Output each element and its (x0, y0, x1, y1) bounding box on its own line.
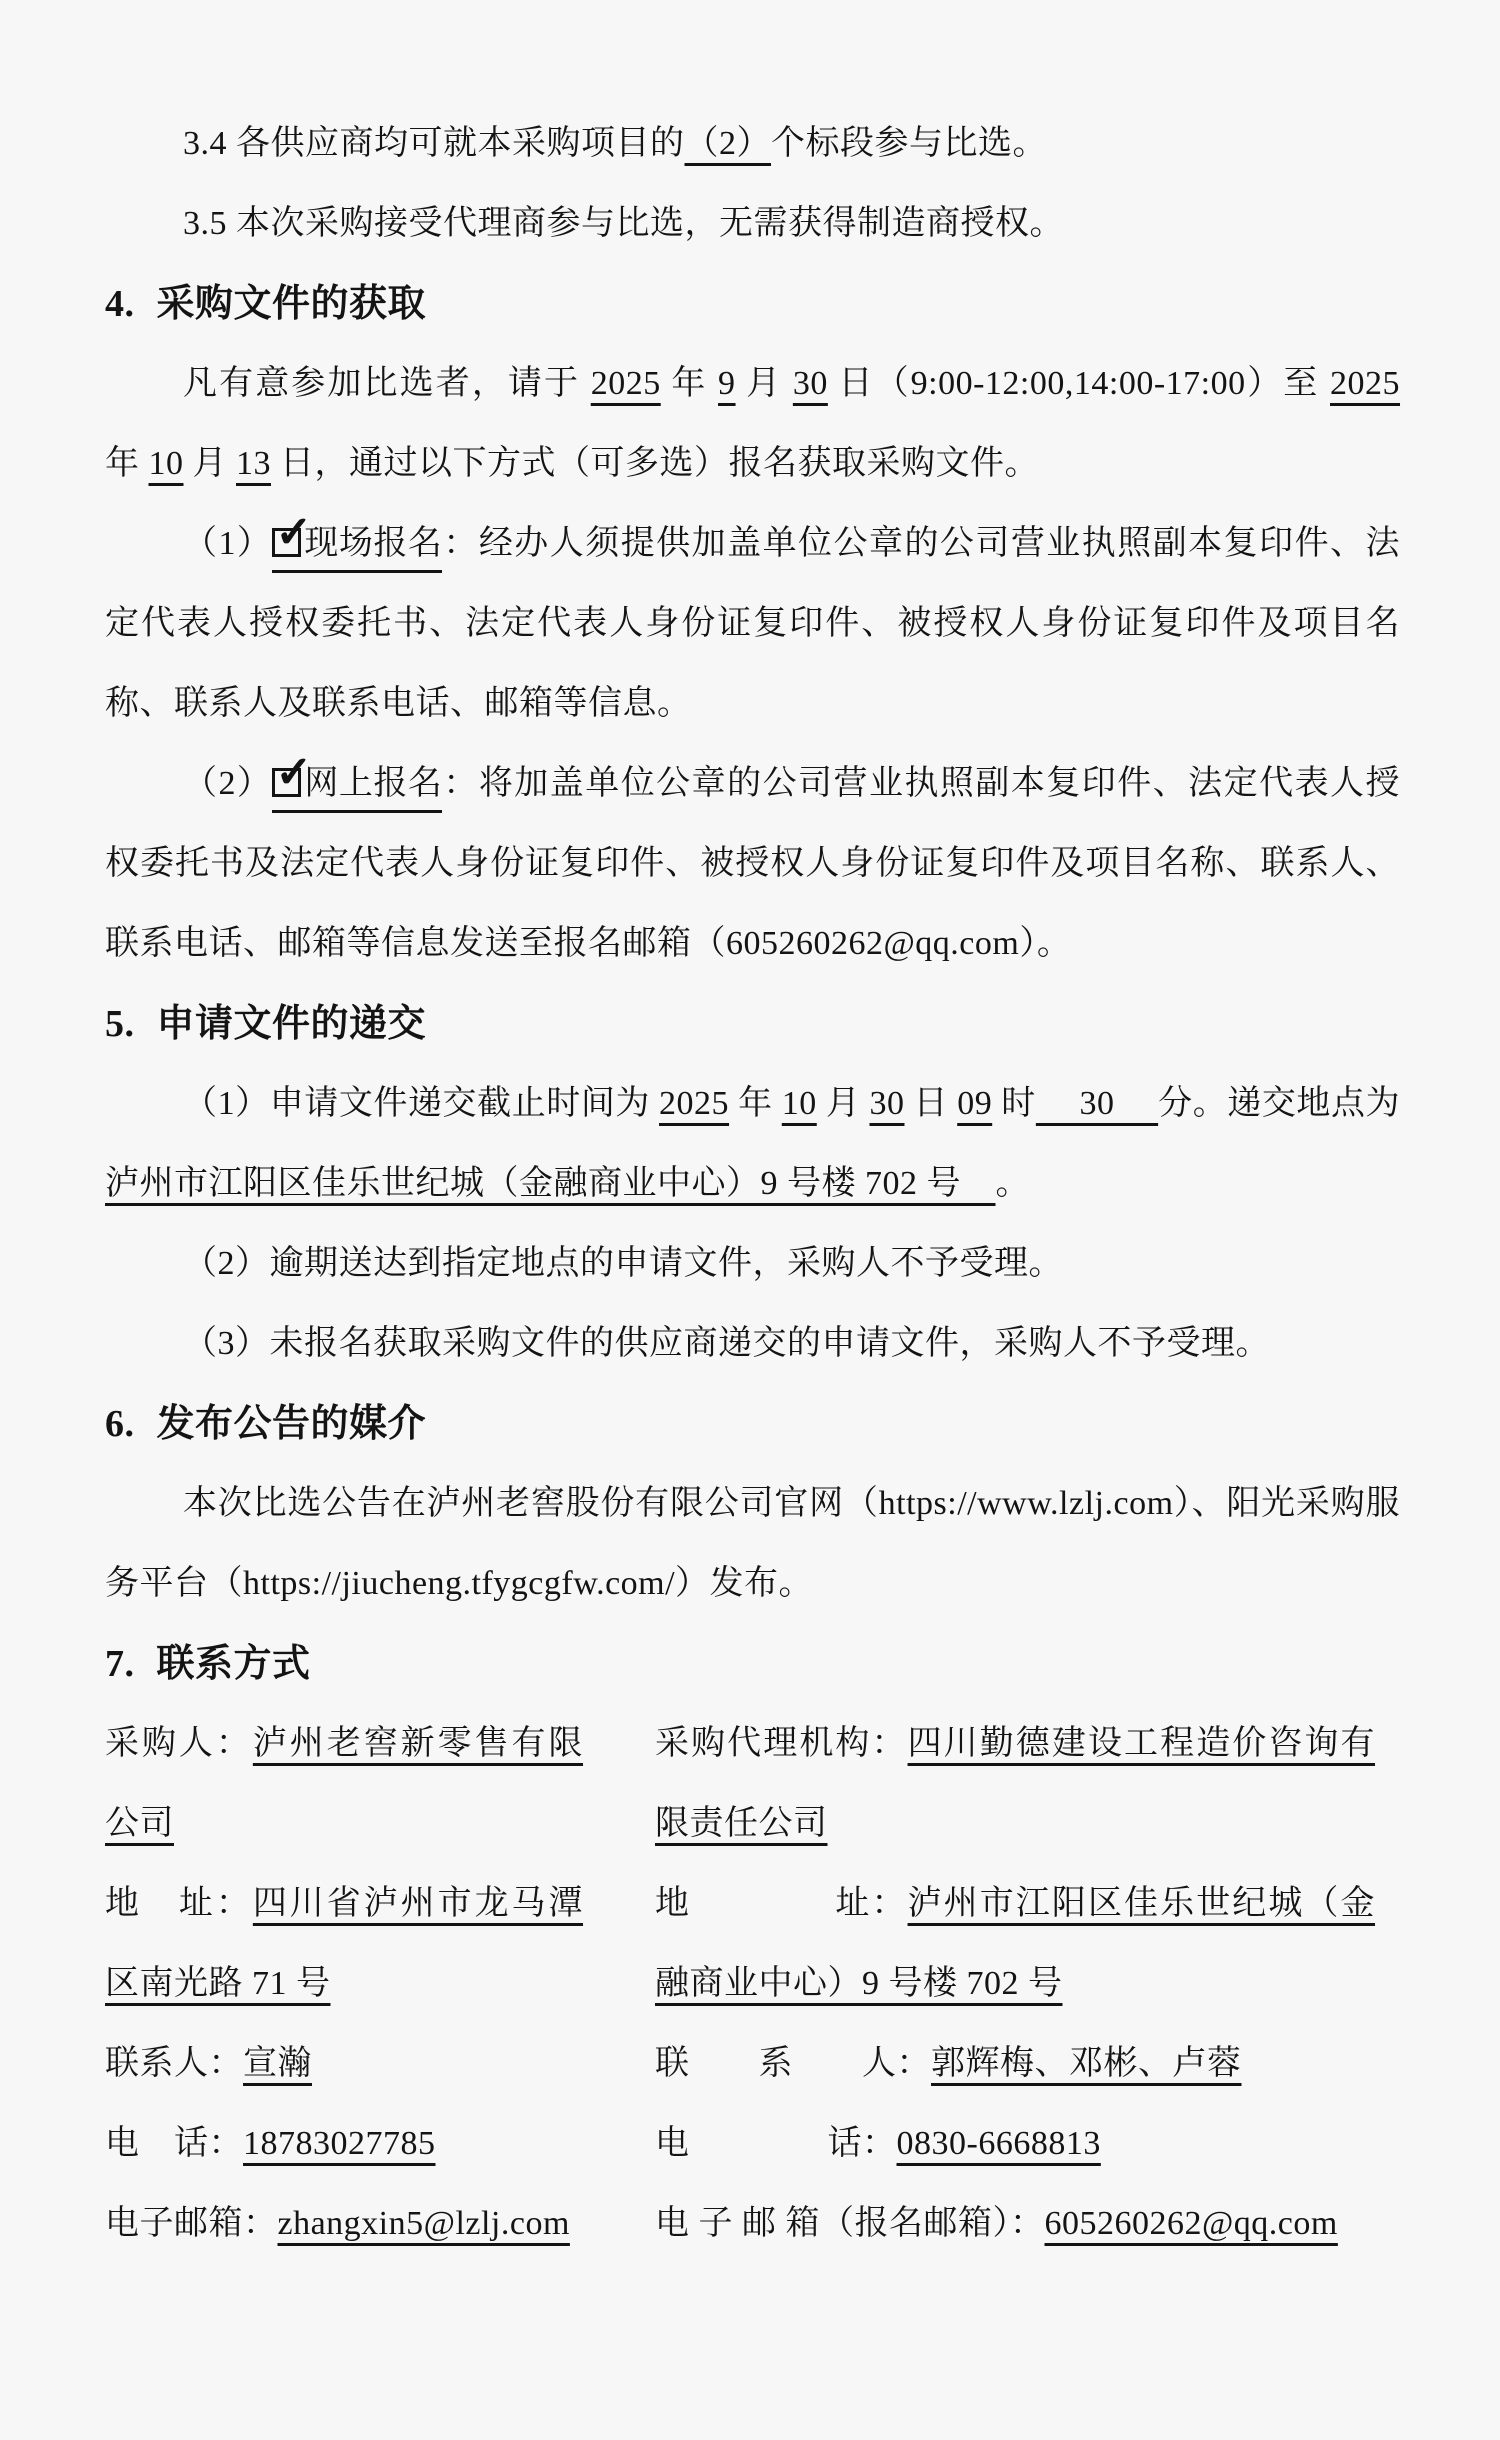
clause-3-4: 3.4 各供应商均可就本采购项目的（2）个标段参与比选。 (105, 104, 1400, 184)
underlined-value: 13 (236, 445, 271, 482)
underlined-value: 30 (1036, 1085, 1158, 1122)
underlined-value: 30 (793, 365, 828, 402)
checked-checkbox-icon (272, 768, 301, 797)
text-segment: 年 (105, 445, 149, 482)
registration-period-para: 凡有意参加比选者，请于 2025 年 9 月 30 日（9:00-12:00,1… (105, 344, 1400, 504)
contact-value: 605260262@qq.com (1045, 2205, 1338, 2242)
text-segment: （1） (183, 525, 272, 562)
text-segment: （3）未报名获取采购文件的供应商递交的申请文件，采购人不予受理。 (183, 1325, 1270, 1362)
section-title: 联系方式 (157, 1643, 311, 1685)
contact-row: 电子邮箱：zhangxin5@lzlj.com电 子 邮 箱（报名邮箱）：605… (105, 2184, 1400, 2264)
contact-value: 18783027785 (243, 2125, 436, 2162)
underlined-value: 9 (718, 365, 736, 402)
text-segment: 凡有意参加比选者，请于 (183, 365, 591, 402)
contact-label: 联 系 人： (655, 2045, 931, 2082)
text-segment: （2）逾期送达到指定地点的申请文件，采购人不予受理。 (183, 1245, 1063, 1282)
section-number: 6. (105, 1403, 135, 1445)
underlined-value: 10 (782, 1085, 817, 1122)
section-5-heading: 5.申请文件的递交 (105, 984, 1400, 1064)
section-number: 4. (105, 283, 135, 325)
underlined-value: 泸州市江阳区佳乐世纪城（金融商业中心）9 号楼 702 号 (105, 1165, 996, 1202)
contact-label: 地 址： (655, 1885, 908, 1922)
text-segment: （1）申请文件递交截止时间为 (183, 1085, 659, 1122)
text-segment: 本次比选公告在泸州老窖股份有限公司官网（https://www.lzlj.com… (105, 1485, 1400, 1602)
contact-value: 0830-6668813 (897, 2125, 1101, 2162)
contact-row: 联系人：宣瀚联 系 人：郭辉梅、邓彬、卢蓉 (105, 2024, 1400, 2104)
text-segment: 日，通过以下方式（可多选）报名获取采购文件。 (271, 445, 1039, 482)
checked-checkbox-icon (272, 528, 301, 557)
text-segment: 月 (184, 445, 237, 482)
announcement-media-para: 本次比选公告在泸州老窖股份有限公司官网（https://www.lzlj.com… (105, 1464, 1400, 1624)
text-segment: 时 (992, 1085, 1036, 1122)
section-number: 5. (105, 1003, 135, 1045)
contact-label: 电 话： (655, 2125, 897, 2162)
underlined-checkbox-option: 现场报名 (272, 520, 442, 573)
section-7-heading: 7.联系方式 (105, 1624, 1400, 1704)
contact-label: 电子邮箱： (105, 2205, 278, 2242)
contact-cell-right: 地 址：泸州市江阳区佳乐世纪城（金融商业中心）9 号楼 702 号 (655, 1864, 1375, 2024)
text-segment: 年 (729, 1085, 782, 1122)
contact-cell-left: 电子邮箱：zhangxin5@lzlj.com (105, 2184, 583, 2264)
underlined-value: 2025 (591, 365, 661, 402)
section-title: 采购文件的获取 (157, 283, 427, 325)
document-background: { "page": { "background": "#f7f7f7", "te… (0, 0, 1500, 2440)
text-segment: 月 (736, 365, 793, 402)
underlined-value: 10 (149, 445, 184, 482)
text-segment: 3.5 本次采购接受代理商参与比选，无需获得制造商授权。 (183, 205, 1064, 242)
section-4-heading: 4.采购文件的获取 (105, 264, 1400, 344)
contact-row: 采购人：泸州老窖新零售有限公司采购代理机构：四川勤德建设工程造价咨询有限责任公司 (105, 1704, 1400, 1864)
underlined-value: 09 (957, 1085, 992, 1122)
text-segment: 日（9:00-12:00,14:00-17:00）至 (828, 365, 1330, 402)
underlined-value: 2025 (1330, 365, 1400, 402)
underlined-checkbox-option: 网上报名 (272, 760, 442, 813)
underlined-value: （2） (685, 125, 772, 162)
contact-row: 电 话：18783027785电 话：0830-6668813 (105, 2104, 1400, 2184)
contact-label: 采购人： (105, 1725, 253, 1762)
contact-cell-right: 联 系 人：郭辉梅、邓彬、卢蓉 (655, 2024, 1375, 2104)
contact-cell-right: 电 话：0830-6668813 (655, 2104, 1375, 2184)
late-submission-para: （2）逾期送达到指定地点的申请文件，采购人不予受理。 (105, 1224, 1400, 1304)
text-segment: 。 (996, 1165, 1031, 1202)
unregistered-supplier-para: （3）未报名获取采购文件的供应商递交的申请文件，采购人不予受理。 (105, 1304, 1400, 1384)
contact-cell-right: 电 子 邮 箱（报名邮箱）：605260262@qq.com (655, 2184, 1375, 2264)
contact-value: zhangxin5@lzlj.com (278, 2205, 570, 2242)
contact-cell-left: 电 话：18783027785 (105, 2104, 583, 2184)
underlined-value: 2025 (659, 1085, 729, 1122)
text-segment: （2） (183, 765, 272, 802)
text-segment: 年 (661, 365, 718, 402)
clause-3-5: 3.5 本次采购接受代理商参与比选，无需获得制造商授权。 (105, 184, 1400, 264)
contact-cell-right: 采购代理机构：四川勤德建设工程造价咨询有限责任公司 (655, 1704, 1375, 1864)
section-number: 7. (105, 1643, 135, 1685)
document-page: 3.4 各供应商均可就本采购项目的（2）个标段参与比选。3.5 本次采购接受代理… (0, 0, 1500, 2440)
contact-label: 电 话： (105, 2125, 243, 2162)
onsite-registration-para: （1）现场报名：经办人须提供加盖单位公章的公司营业执照副本复印件、法定代表人授权… (105, 504, 1400, 744)
underlined-value: 30 (869, 1085, 904, 1122)
contact-label: 电 子 邮 箱（报名邮箱）： (655, 2205, 1045, 2242)
text-segment: 分。递交地点为 (1158, 1085, 1400, 1122)
submission-deadline-para: （1）申请文件递交截止时间为 2025 年 10 月 30 日 09 时 30 … (105, 1064, 1400, 1224)
contact-cell-left: 地 址：四川省泸州市龙马潭区南光路 71 号 (105, 1864, 583, 2024)
text-segment: 月 (817, 1085, 870, 1122)
contact-value: 郭辉梅、邓彬、卢蓉 (931, 2045, 1242, 2082)
contact-cell-left: 联系人：宣瀚 (105, 2024, 583, 2104)
section-6-heading: 6.发布公告的媒介 (105, 1384, 1400, 1464)
contact-cell-left: 采购人：泸州老窖新零售有限公司 (105, 1704, 583, 1864)
text-segment: 个标段参与比选。 (771, 125, 1047, 162)
text-segment: 日 (904, 1085, 957, 1122)
contact-table: 采购人：泸州老窖新零售有限公司采购代理机构：四川勤德建设工程造价咨询有限责任公司… (105, 1704, 1400, 2264)
contact-row: 地 址：四川省泸州市龙马潭区南光路 71 号地 址：泸州市江阳区佳乐世纪城（金融… (105, 1864, 1400, 2024)
section-title: 发布公告的媒介 (157, 1403, 427, 1445)
contact-value: 宣瀚 (243, 2045, 312, 2082)
contact-label: 采购代理机构： (655, 1725, 908, 1762)
contact-label: 地 址： (105, 1885, 253, 1922)
contact-label: 联系人： (105, 2045, 243, 2082)
online-registration-para: （2）网上报名：将加盖单位公章的公司营业执照副本复印件、法定代表人授权委托书及法… (105, 744, 1400, 984)
text-segment: 3.4 各供应商均可就本采购项目的 (183, 125, 685, 162)
section-title: 申请文件的递交 (157, 1003, 427, 1045)
